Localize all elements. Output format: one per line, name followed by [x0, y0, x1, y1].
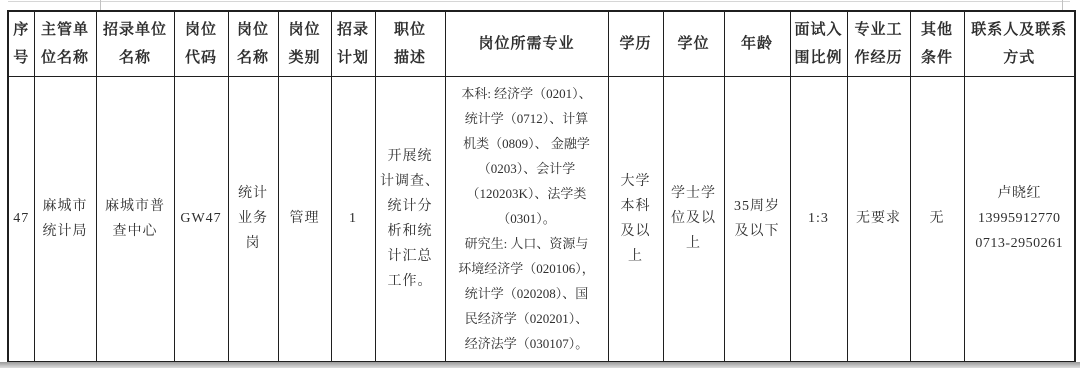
header-age-limit: 年龄: [724, 11, 790, 76]
table-row: 47 麻城市 统计局 麻城市普 查中心 GW47 统计 业务 岗 管理 1 开展…: [8, 76, 1075, 362]
header-recruitment-quota: 招录 计划: [331, 11, 375, 76]
cell-recruiting-unit-name: 麻城市普 查中心: [96, 76, 174, 362]
header-position-code: 岗位 代码: [174, 11, 228, 76]
cell-required-majors: 本科: 经济学（0201）、 统计学（0712）、计算 机类（0809）、 金融…: [445, 76, 608, 362]
header-recruiting-unit-name: 招录单位 名称: [96, 11, 174, 76]
header-required-majors: 岗位所需专业: [445, 11, 608, 76]
job-positions-table: 序 号 主管单 位名称 招录单位 名称 岗位 代码 岗位 名称 岗位 类别 招录…: [7, 10, 1076, 363]
header-job-description: 职位 描述: [375, 11, 445, 76]
cell-serial-number: 47: [8, 76, 34, 362]
cell-professional-work-experience: 无要求: [847, 76, 910, 362]
header-row: 序 号 主管单 位名称 招录单位 名称 岗位 代码 岗位 名称 岗位 类别 招录…: [8, 11, 1075, 76]
cell-contact-info: 卢晓红 13995912770 0713-2950261: [964, 76, 1075, 362]
header-contact-info: 联系人及联系 方式: [964, 11, 1075, 76]
bottom-edge-shadow: [0, 362, 1080, 368]
cell-job-description: 开展统 计调查、 统计分 析和统 计汇总 工作。: [375, 76, 445, 362]
cell-recruitment-quota: 1: [331, 76, 375, 362]
cell-position-code: GW47: [174, 76, 228, 362]
cell-education-level: 大学 本科 及以 上: [608, 76, 663, 362]
cropped-row-remnant-line: [8, 1, 1070, 2]
header-interview-shortlist-ratio: 面试入 围比例: [790, 11, 847, 76]
header-degree: 学位: [663, 11, 724, 76]
header-position-category: 岗位 类别: [278, 11, 331, 76]
header-professional-work-experience: 专业工 作经历: [847, 11, 910, 76]
header-position-name: 岗位 名称: [228, 11, 278, 76]
cell-position-name: 统计 业务 岗: [228, 76, 278, 362]
page-canvas: 序 号 主管单 位名称 招录单位 名称 岗位 代码 岗位 名称 岗位 类别 招录…: [0, 0, 1080, 368]
header-serial-number: 序 号: [8, 11, 34, 76]
cell-supervisor-unit-name: 麻城市 统计局: [34, 76, 96, 362]
cell-position-category: 管理: [278, 76, 331, 362]
cell-other-conditions: 无: [910, 76, 964, 362]
cell-age-limit: 35周岁 及以下: [724, 76, 790, 362]
cell-interview-shortlist-ratio: 1:3: [790, 76, 847, 362]
header-education-level: 学历: [608, 11, 663, 76]
cell-degree: 学士学 位及以 上: [663, 76, 724, 362]
header-other-conditions: 其他 条件: [910, 11, 964, 76]
header-supervisor-unit-name: 主管单 位名称: [34, 11, 96, 76]
